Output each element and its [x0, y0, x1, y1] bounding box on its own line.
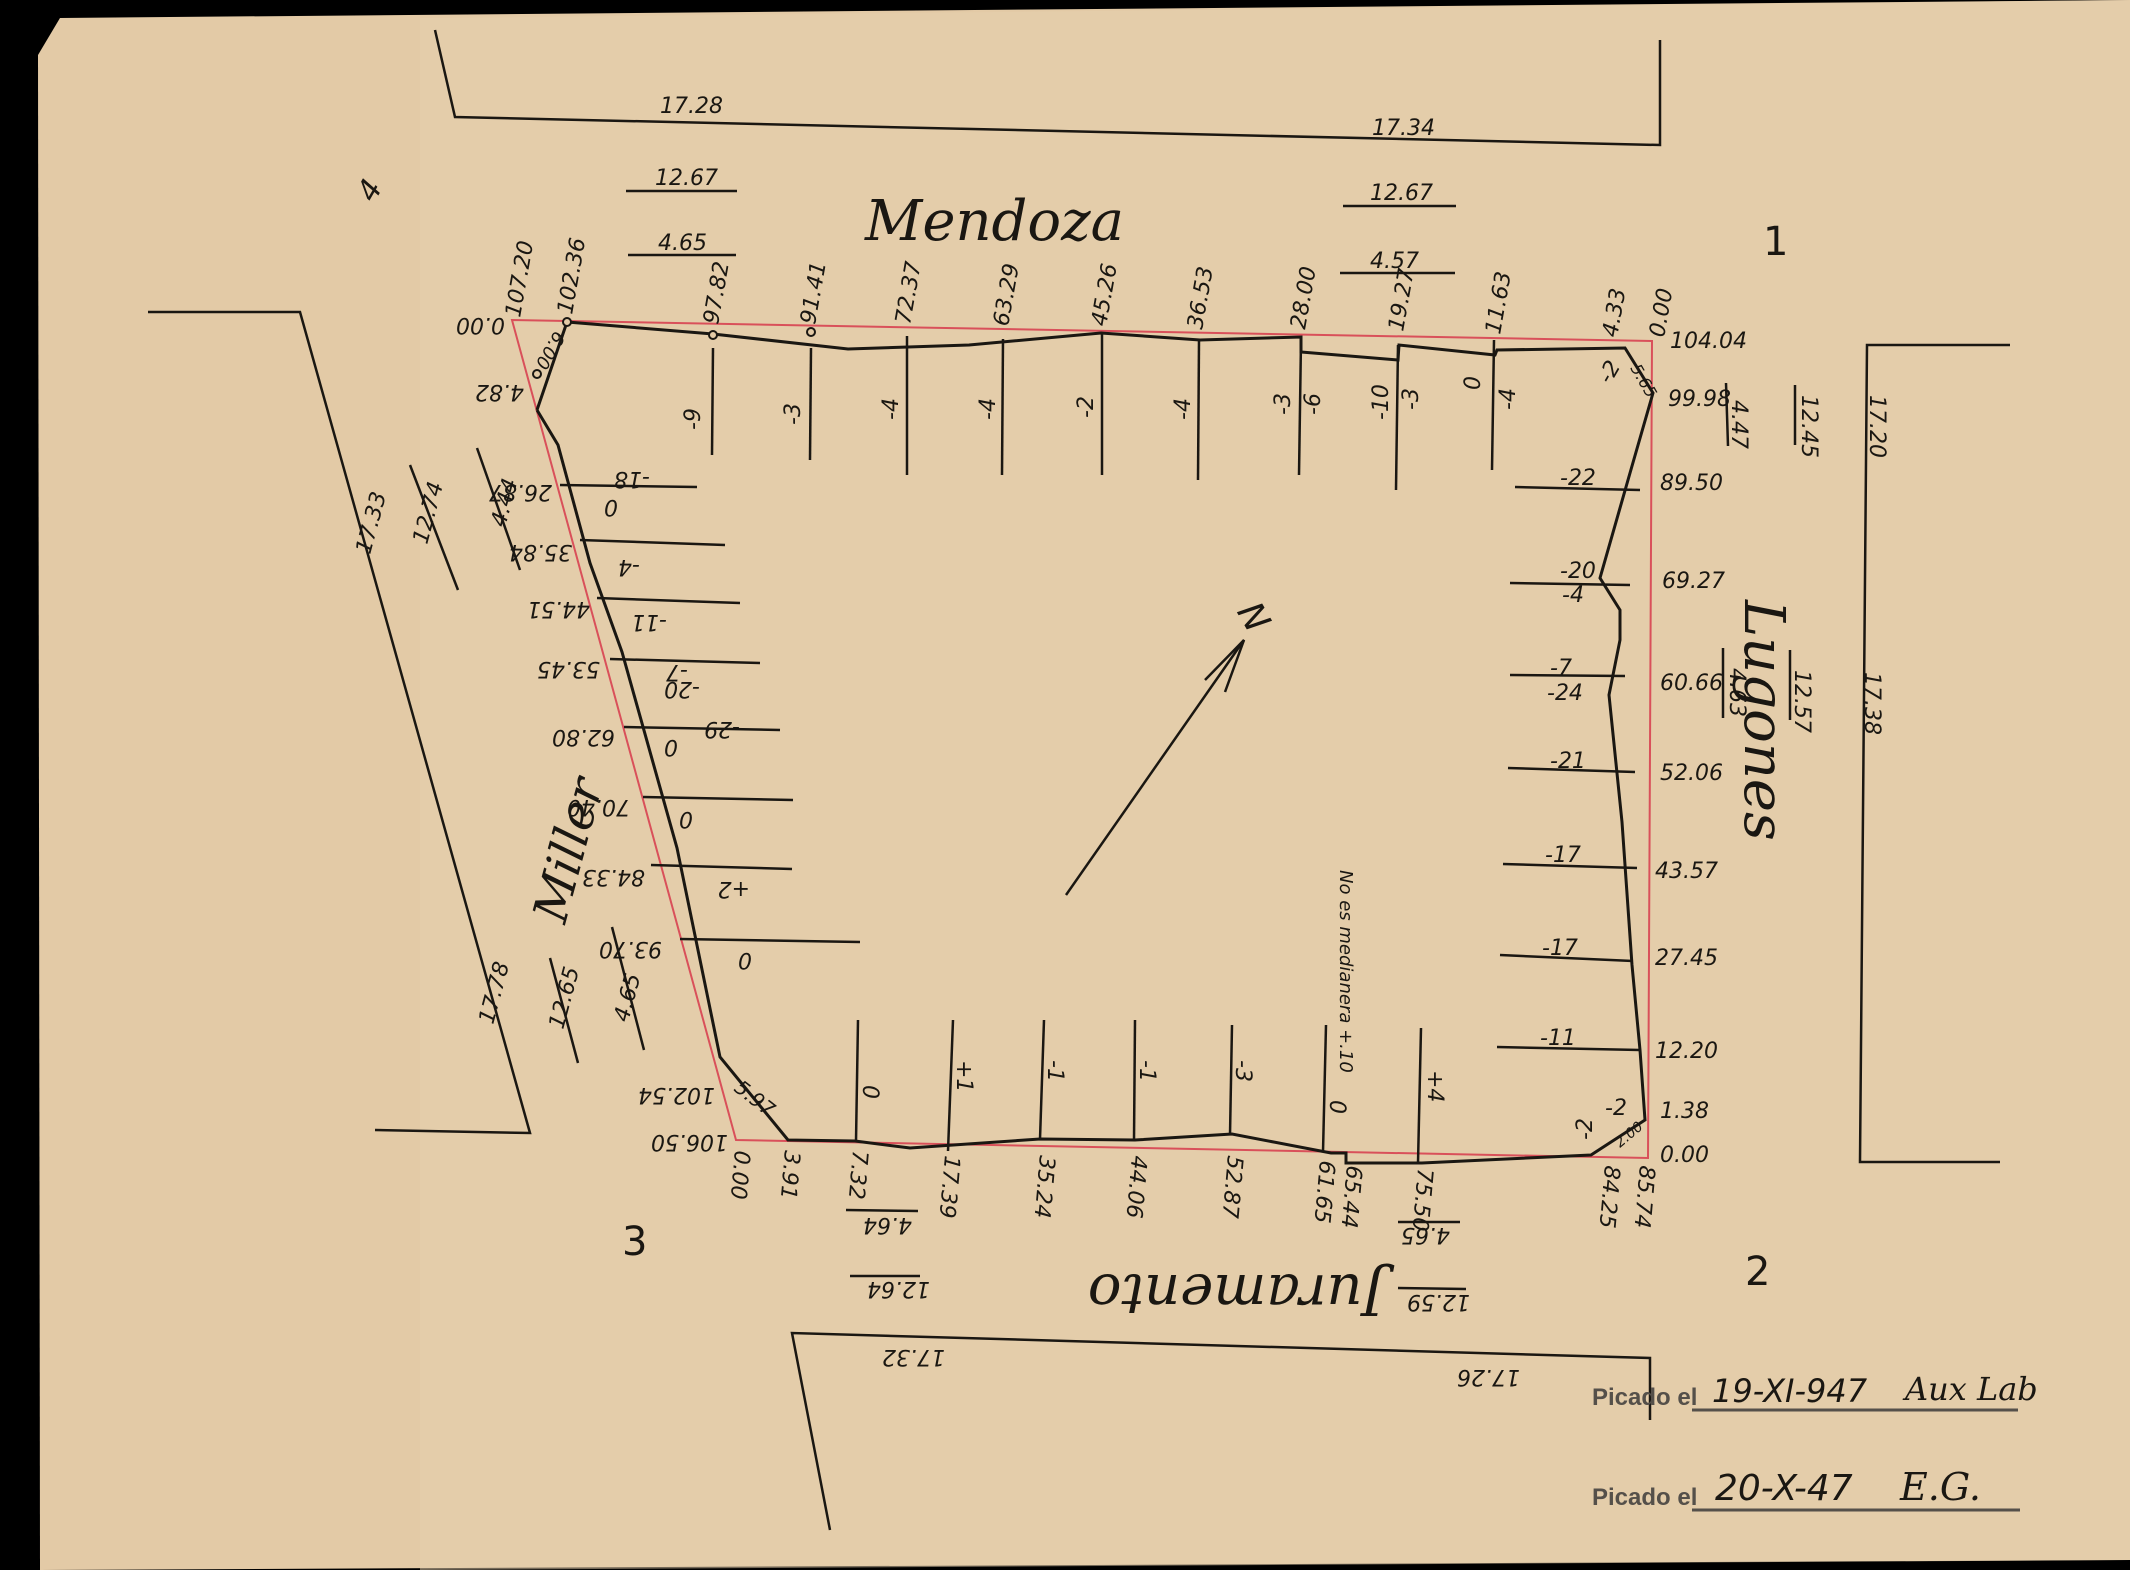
svg-text:52.06: 52.06 [1660, 761, 1723, 786]
svg-text:43.57: 43.57 [1655, 859, 1718, 884]
svg-text:84.33: 84.33 [582, 864, 645, 889]
svg-text:-2: -2 [1074, 396, 1099, 418]
street-name-bottom: Juramento [1088, 1261, 1395, 1326]
svg-text:-21: -21 [1550, 749, 1586, 774]
svg-text:-2: -2 [1605, 1096, 1627, 1121]
svg-text:4.65: 4.65 [658, 231, 707, 256]
svg-text:1.38: 1.38 [1660, 1099, 1709, 1124]
svg-text:7.32: 7.32 [843, 1149, 872, 1200]
svg-text:-11: -11 [1540, 1026, 1576, 1051]
svg-text:0.00: 0.00 [456, 312, 505, 337]
svg-text:E.G.: E.G. [1899, 1465, 1981, 1509]
svg-text:69.27: 69.27 [1662, 569, 1725, 594]
svg-text:-29: -29 [704, 716, 740, 741]
svg-text:-3: -3 [1230, 1060, 1255, 1082]
svg-text:0: 0 [1324, 1100, 1349, 1114]
svg-text:4.82: 4.82 [475, 379, 524, 404]
svg-text:-11: -11 [631, 609, 667, 634]
street-name-top: Mendoza [864, 189, 1124, 254]
street-name-right: Lugones [1731, 599, 1796, 841]
svg-text:0.00: 0.00 [1660, 1143, 1709, 1168]
svg-text:4.63: 4.63 [1724, 668, 1749, 717]
svg-text:-6: -6 [1301, 393, 1326, 415]
svg-text:12.57: 12.57 [1789, 670, 1814, 733]
svg-text:44.51: 44.51 [527, 596, 590, 621]
svg-text:17.28: 17.28 [660, 94, 723, 119]
svg-text:0: 0 [679, 806, 693, 831]
svg-text:17.20: 17.20 [1864, 395, 1889, 458]
svg-text:-4: -4 [976, 398, 1001, 420]
svg-text:-3: -3 [1399, 388, 1424, 410]
svg-text:-4: -4 [879, 398, 904, 420]
svg-text:-20: -20 [1560, 559, 1596, 584]
svg-text:-18: -18 [614, 466, 650, 491]
svg-text:0: 0 [738, 947, 752, 972]
svg-text:-20: -20 [664, 676, 700, 701]
svg-text:104.04: 104.04 [1670, 329, 1747, 354]
block-number-2: 2 [1745, 1249, 1770, 1295]
svg-text:17.34: 17.34 [1372, 116, 1435, 141]
block-number-3: 3 [622, 1219, 647, 1265]
svg-text:-1: -1 [1042, 1060, 1067, 1082]
svg-text:-4: -4 [618, 554, 640, 579]
svg-text:12.20: 12.20 [1655, 1039, 1718, 1064]
svg-text:-7: -7 [1550, 656, 1572, 681]
svg-text:-9: -9 [681, 408, 706, 430]
svg-text:+4: +4 [1422, 1070, 1447, 1102]
svg-text:-4: -4 [1171, 398, 1196, 420]
svg-text:3.91: 3.91 [775, 1149, 804, 1200]
svg-text:102.54: 102.54 [638, 1082, 715, 1107]
svg-text:106.50: 106.50 [651, 1129, 728, 1154]
svg-text:-22: -22 [1560, 466, 1596, 491]
svg-text:-1: -1 [1134, 1060, 1159, 1082]
svg-text:-24: -24 [1547, 681, 1583, 706]
svg-text:62.80: 62.80 [552, 724, 615, 749]
svg-text:27.45: 27.45 [1655, 946, 1718, 971]
svg-text:0.00: 0.00 [725, 1149, 754, 1200]
svg-text:26.87: 26.87 [489, 479, 552, 504]
svg-text:+1: +1 [951, 1060, 976, 1092]
svg-text:-17: -17 [1542, 936, 1578, 961]
svg-text:12.67: 12.67 [655, 166, 718, 191]
svg-text:12.64: 12.64 [867, 1276, 930, 1301]
svg-text:0: 0 [1461, 376, 1486, 390]
svg-text:89.50: 89.50 [1660, 471, 1723, 496]
svg-text:+2: +2 [718, 876, 750, 901]
svg-text:Aux Lab: Aux Lab [1902, 1370, 2038, 1408]
survey-sheet: N Mendoza Lugones Juramento Miller 4 1 2… [0, 0, 2130, 1570]
svg-text:99.98: 99.98 [1668, 387, 1731, 412]
svg-text:No es medianera +.10: No es medianera +.10 [1335, 870, 1356, 1073]
svg-text:-3: -3 [1271, 393, 1296, 415]
svg-text:12.67: 12.67 [1370, 181, 1433, 206]
svg-text:12.45: 12.45 [1796, 395, 1821, 458]
svg-text:-17: -17 [1545, 843, 1581, 868]
svg-text:-2: -2 [1573, 1118, 1598, 1140]
svg-text:0: 0 [604, 494, 618, 519]
svg-text:Picado el: Picado el [1592, 1484, 1697, 1511]
svg-text:93.70: 93.70 [599, 936, 662, 961]
svg-text:17.38: 17.38 [1859, 672, 1884, 735]
svg-text:0: 0 [664, 734, 678, 759]
svg-text:-4: -4 [1562, 583, 1584, 608]
svg-text:-10: -10 [1369, 384, 1394, 420]
svg-text:17.32: 17.32 [882, 1344, 945, 1369]
svg-text:53.45: 53.45 [537, 656, 600, 681]
svg-text:-3: -3 [781, 403, 806, 425]
svg-text:19-XI-947: 19-XI-947 [1712, 1372, 1868, 1410]
svg-text:60.66: 60.66 [1660, 671, 1723, 696]
svg-text:35.84: 35.84 [509, 539, 572, 564]
svg-text:0: 0 [857, 1085, 882, 1099]
svg-text:-4: -4 [1496, 388, 1521, 410]
svg-text:20-X-47: 20-X-47 [1715, 1468, 1853, 1509]
svg-text:4.64: 4.64 [863, 1212, 912, 1237]
svg-text:70.40: 70.40 [567, 794, 630, 819]
svg-text:12.59: 12.59 [1407, 1289, 1470, 1314]
svg-text:Picado el: Picado el [1592, 1384, 1697, 1411]
block-number-1: 1 [1763, 219, 1788, 265]
svg-text:17.26: 17.26 [1457, 1364, 1520, 1389]
